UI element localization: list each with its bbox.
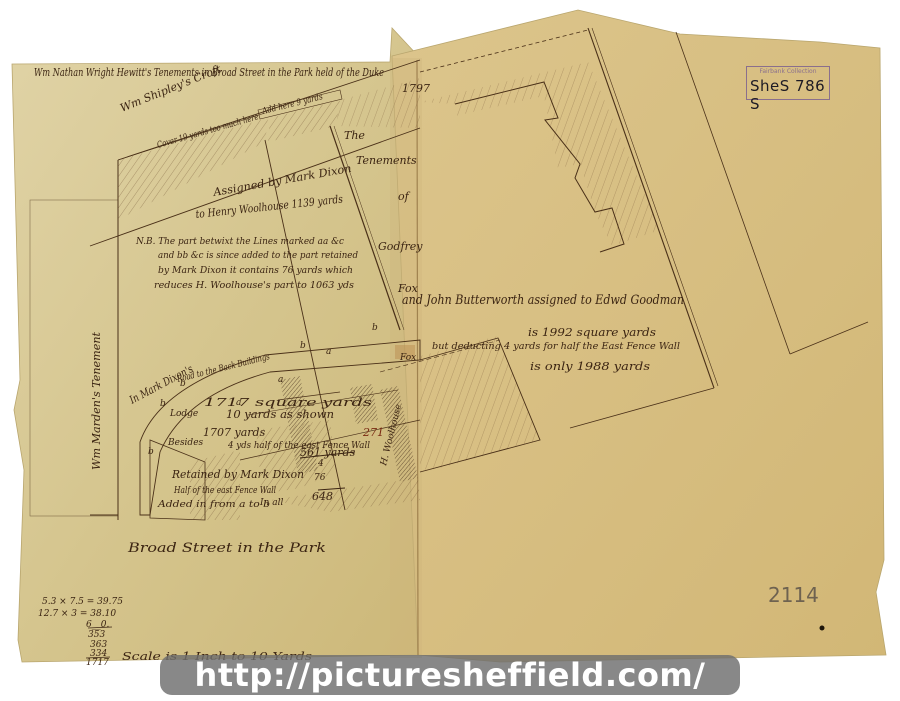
label-deducting: but deducting 4 yards for half the East … bbox=[432, 342, 680, 352]
marker-a: a bbox=[326, 347, 331, 357]
scanned-map-document: Wm Nathan Wright Hewitt's Tenements in B… bbox=[0, 0, 900, 701]
archive-stamp: Fairbank Collection SheS 786 S bbox=[746, 66, 830, 100]
site-watermark: http://picturesheffield.com/ bbox=[160, 655, 740, 695]
marker-b: b bbox=[160, 399, 166, 409]
label-mardens-tenement: Wm Marden's Tenement bbox=[90, 331, 103, 470]
marker-b: b bbox=[148, 447, 154, 457]
label-area-1707: 1707 yards bbox=[203, 426, 266, 439]
label-half-east-wall: Half of the east Fence Wall bbox=[173, 486, 276, 496]
label-area-1992: is 1992 square yards bbox=[528, 326, 656, 339]
label-only-1988: is only 1988 yards bbox=[530, 360, 650, 373]
label-retained-by: Retained by Mark Dixon bbox=[171, 468, 304, 481]
marker-b: b bbox=[180, 379, 186, 389]
label-broad-street: Broad Street in the Park bbox=[127, 541, 326, 556]
marker-b: b bbox=[372, 323, 378, 333]
nb-note-line-4: reduces H. Woolhouse's part to 1063 yds bbox=[154, 281, 354, 291]
map-year: 1797 bbox=[402, 82, 430, 95]
label-area-10: 10 yards as shown bbox=[226, 408, 334, 421]
calc-line: 5.3 × 7.5 = 39.75 bbox=[42, 597, 123, 607]
label-lodge: Lodge bbox=[169, 409, 198, 419]
nb-note-line-1: N.B. The part betwixt the Lines marked a… bbox=[135, 237, 344, 247]
calc-line: 12.7 × 3 = 38.10 bbox=[38, 609, 116, 619]
stamp-reference-code: SheS 786 S bbox=[750, 77, 829, 113]
label-godfrey: Godfrey bbox=[378, 240, 423, 253]
calc-line: 6__0. bbox=[86, 620, 109, 630]
calc-line: 1717 bbox=[86, 658, 109, 668]
marker-b: b bbox=[300, 341, 306, 351]
calc-line: 353 bbox=[88, 630, 105, 640]
label-subtotal-561: 561 yards bbox=[300, 446, 356, 459]
label-the: The bbox=[344, 129, 365, 142]
label-tenements: Tenements bbox=[356, 154, 417, 167]
nb-note-line-3: by Mark Dixon it contains 76 yards which bbox=[158, 266, 353, 276]
nb-note-line-2: and bb &c is since added to the part ret… bbox=[158, 251, 358, 261]
label-added-a-to-b: Added in from a to b bbox=[157, 500, 270, 510]
pencil-catalogue-number: 2114 bbox=[768, 583, 819, 607]
label-besides: Besides bbox=[167, 438, 204, 448]
marker-a: a bbox=[278, 375, 283, 385]
label-butterworth: and John Butterworth assigned to Edwd Go… bbox=[402, 293, 684, 308]
watermark-url: http://picturesheffield.com/ bbox=[195, 656, 706, 694]
marker-a: a bbox=[236, 398, 241, 408]
label-in-all: In all bbox=[259, 498, 283, 508]
label-red-271: 271 bbox=[362, 426, 384, 439]
label-plus-4: 4 bbox=[317, 459, 324, 469]
label-fox-small: Fox bbox=[399, 353, 416, 363]
label-plus-76: 76 bbox=[314, 473, 326, 483]
ink-spot bbox=[820, 626, 825, 631]
stamp-collection-label: Fairbank Collection bbox=[747, 68, 829, 75]
label-total-648: 648 bbox=[312, 490, 333, 503]
